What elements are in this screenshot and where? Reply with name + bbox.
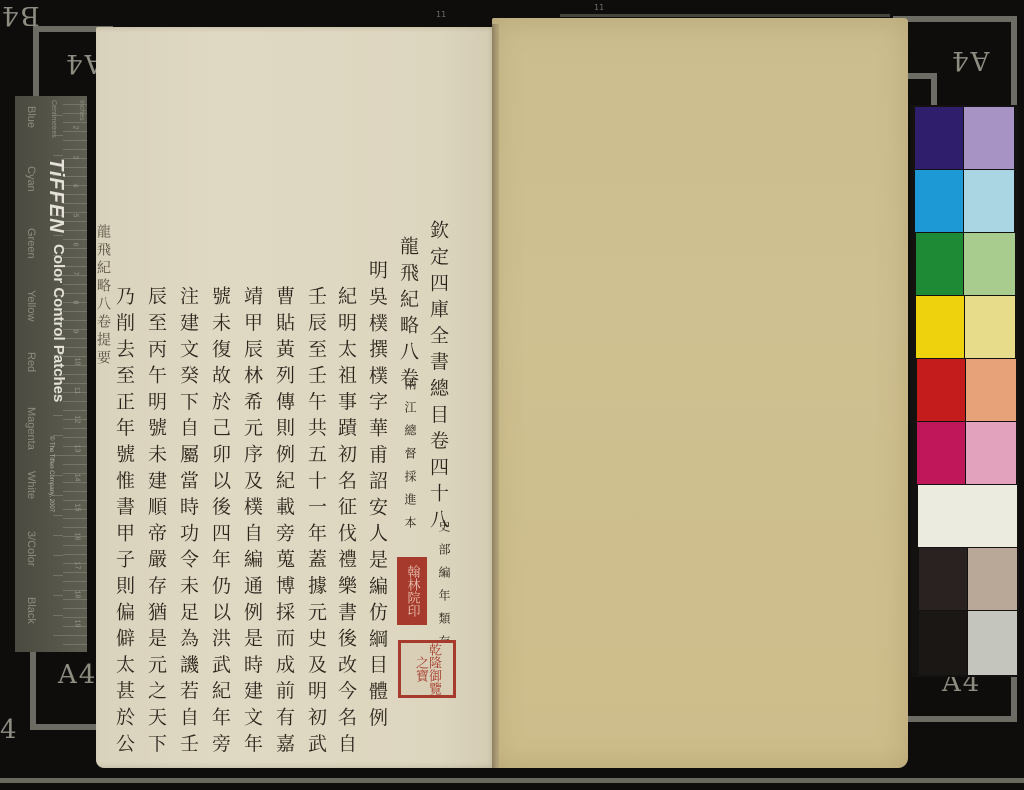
ruler-copyright: © The Tiffen Company, 2007 [48,436,54,512]
text-column-11: 乃削去至正年號惟書甲子則偏僻太甚於公 [114,286,133,759]
cm-mark: 5 [71,214,78,218]
tiffen-ruler: Centimetres Inches TiFFEN Color Control … [15,96,87,652]
text-column-6: 曹貼黃列傳則例紀載旁蒐博採而成前有嘉 [274,286,293,759]
cm-mark: 2 [71,126,78,130]
text-column-2-annotation: 兩江總督採進本 [404,378,416,539]
board-label-a4-bottom-left: A4 [58,660,97,690]
swatch-blue-light [964,107,1014,169]
cm-mark: 18 [73,591,80,599]
page-edge-title: 龍飛紀略八卷提要 [96,224,110,368]
cm-mark: 10 [73,358,80,366]
swatch-magenta-light [966,422,1016,484]
seal-upper: 翰林院印 [397,557,427,625]
patch-label-magenta: Magenta [25,407,37,471]
cm-mark: 13 [73,445,80,453]
text-column-2-title: 龍飛紀略八卷 [398,236,417,394]
ruler-brand-logo: TiFFEN [44,158,67,234]
text-column-1-heading: 欽定四庫全書總目卷四十八 [428,220,447,536]
patch-label-black: Black [25,597,37,624]
swatch-green-light [964,233,1015,295]
board-tick-label-right: 11 [594,3,604,12]
cm-mark: 3 [71,156,78,160]
cm-mark: 12 [73,416,80,424]
patch-label-blue: Blue [25,106,37,166]
ruler-title: Color Control Patches [50,244,67,402]
book-gutter [492,24,499,768]
swatch-cyan-light [964,170,1014,232]
patch-label-cyan: Cyan [25,166,37,228]
board-label-a4-top-right: A4 [950,45,989,75]
swatch-white [918,485,1017,547]
cm-mark: 11 [73,387,80,394]
ruler-units-cm: Centimetres [50,100,57,138]
swatch-3color-light [968,548,1017,610]
patch-label-white: White [25,471,37,531]
patch-label-red: Red [25,352,37,407]
cm-mark: 16 [73,533,80,541]
swatch-yellow [916,296,964,358]
swatch-blue [915,107,963,169]
cm-mark: 19 [73,620,80,628]
board-line-bottom [0,778,1024,783]
ruler-cm-numbers: 2 3 4 5 6 7 8 9 10 11 12 13 14 15 16 17 … [73,96,85,652]
text-column-7: 靖甲辰林希元序及樸自編通例是時建文年 [242,286,261,759]
text-column-3: 明吳樸撰樸字華甫詔安人是編仿綱目體例 [367,260,386,733]
swatch-black-light [968,611,1017,675]
cm-mark: 14 [73,474,80,482]
board-line-top [560,14,890,17]
swatch-red [917,359,965,421]
swatch-magenta [917,422,965,484]
board-label-4-bottom-left: 4 [0,715,19,745]
cm-mark: 7 [71,272,78,276]
swatch-black [919,611,967,675]
cm-mark: 8 [71,301,78,305]
board-tick-label-left: 11 [436,10,446,19]
swatch-red-light [966,359,1016,421]
patch-label-yellow: Yellow [25,290,37,352]
swatch-3color [919,548,967,610]
patch-label-green: Green [25,228,37,290]
swatch-yellow-light [965,296,1015,358]
cm-mark: 9 [71,330,78,334]
text-column-8: 號未復故於己卯以後四年仍以洪武紀年旁 [210,286,229,759]
book-right-cover-page [492,18,908,768]
swatch-green [916,233,963,295]
patch-label-3color: 3/Color [25,531,37,597]
text-column-5: 壬辰至壬午共五十一年蓋據元史及明初武 [306,286,325,759]
cm-mark: 4 [71,184,78,188]
cm-mark: 6 [71,243,78,247]
text-column-4: 紀明太祖事蹟初名征伐禮樂書後改今名自 [336,286,355,759]
ruler-patch-labels: BlueCyanGreenYellowRedMagentaWhite3/Colo… [25,106,37,624]
seal-lower: 乾隆御覽之寶 [398,640,456,698]
text-column-10: 辰至丙午明號未建順帝嚴存猶是元之天下 [146,286,165,759]
swatch-cyan [915,170,963,232]
color-calibration-chart [911,105,1019,677]
text-column-9: 注建文癸下自屬當時功令未足為譏若自壬 [178,286,197,759]
board-label-b4: B4 [0,0,40,30]
cm-mark: 17 [73,562,80,570]
cm-mark: 15 [73,504,80,512]
